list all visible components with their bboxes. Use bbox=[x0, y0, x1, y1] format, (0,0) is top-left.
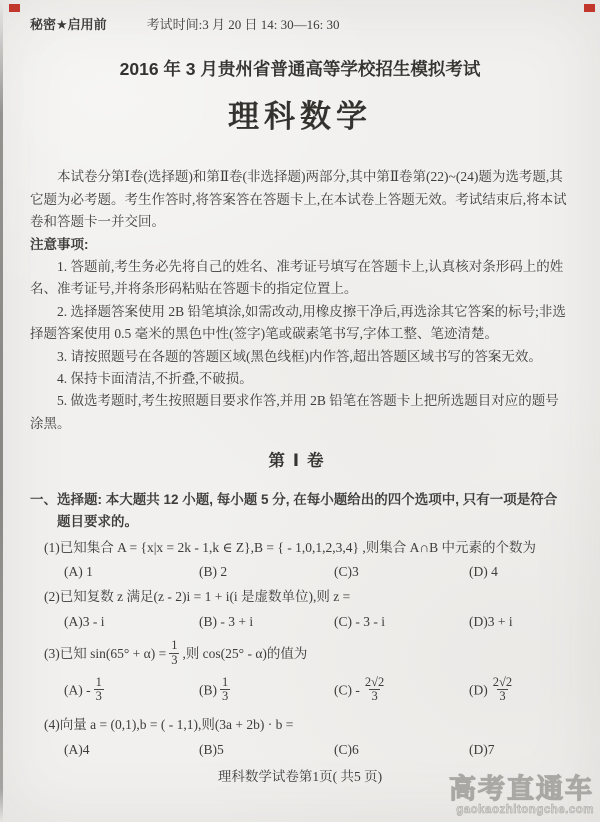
q2-option-c: (C) - 3 - i bbox=[334, 611, 469, 633]
secrecy-label: 秘密★启用前 bbox=[30, 14, 107, 36]
page-footer: 理科数学试卷第1页( 共5 页) bbox=[30, 766, 570, 788]
q4-option-d: (D)7 bbox=[469, 739, 495, 761]
page-header: 秘密★启用前 考试时间:3 月 20 日 14: 30—16: 30 bbox=[30, 14, 570, 36]
q3-option-b-fraction: 13 bbox=[220, 676, 230, 705]
note-item-4: 4. 保持卡面清洁,不折叠,不破损。 bbox=[30, 368, 570, 390]
exam-time-label: 考试时间:3 月 20 日 14: 30—16: 30 bbox=[147, 14, 340, 36]
note-item-5: 5. 做选考题时,考生按照题目要求作答,并用 2B 铅笔在答题卡上把所选题目对应… bbox=[30, 390, 570, 435]
q1-option-c: (C)3 bbox=[334, 561, 469, 583]
question-2-options: (A)3 - i (B) - 3 + i (C) - 3 - i (D)3 + … bbox=[30, 611, 570, 633]
q4-option-a: (A)4 bbox=[64, 739, 199, 761]
question-1-options: (A) 1 (B) 2 (C)3 (D) 4 bbox=[30, 561, 570, 583]
q3-stem-pre: (3)已知 sin(65° + α) = bbox=[44, 643, 166, 665]
red-corner-mark-left bbox=[9, 4, 20, 12]
q2-option-a: (A)3 - i bbox=[64, 611, 199, 633]
q3-option-b: (B)13 bbox=[199, 677, 334, 706]
q3-option-a: (A) -13 bbox=[64, 677, 199, 706]
q3-stem-post: ,则 cos(25° - α)的值为 bbox=[182, 643, 307, 665]
note-item-1: 1. 答题前,考生务必先将自己的姓名、准考证号填写在答题卡上,认真核对条形码上的… bbox=[30, 256, 570, 301]
section-1-title: 第Ⅰ卷 bbox=[30, 450, 570, 472]
q3-option-c: (C) -2√23 bbox=[334, 677, 469, 706]
q1-option-d: (D) 4 bbox=[469, 561, 498, 583]
question-3-options: (A) -13 (B)13 (C) -2√23 (D)2√23 bbox=[30, 677, 570, 706]
note-item-3: 3. 请按照题号在各题的答题区域(黑色线框)内作答,超出答题区域书写的答案无效。 bbox=[30, 346, 570, 368]
question-1-stem: (1)已知集合 A = {x|x = 2k - 1,k ∈ Z},B = { -… bbox=[30, 537, 570, 559]
q2-option-d: (D)3 + i bbox=[469, 611, 513, 633]
q4-option-b: (B)5 bbox=[199, 739, 334, 761]
q1-option-b: (B) 2 bbox=[199, 561, 334, 583]
question-2-stem: (2)已知复数 z 满足(z - 2)i = 1 + i(i 是虚数单位),则 … bbox=[30, 586, 570, 608]
choice-section-heading: 一、选择题: 本大题共 12 小题, 每小题 5 分, 在每小题给出的四个选项中… bbox=[30, 489, 570, 534]
q3-stem-fraction: 1 3 bbox=[169, 639, 179, 668]
q2-option-b: (B) - 3 + i bbox=[199, 611, 334, 633]
q1-option-a: (A) 1 bbox=[64, 561, 199, 583]
q3-option-d-fraction: 2√23 bbox=[491, 676, 514, 705]
intro-paragraph: 本试卷分第Ⅰ卷(选择题)和第Ⅱ卷(非选择题)两部分,其中第Ⅱ卷第(22)~(24… bbox=[30, 166, 570, 233]
notes-label: 注意事项: bbox=[30, 234, 570, 256]
page-content: 秘密★启用前 考试时间:3 月 20 日 14: 30—16: 30 2016 … bbox=[0, 0, 600, 788]
subject-title: 理科数学 bbox=[30, 98, 570, 136]
q3-option-a-fraction: 13 bbox=[94, 676, 104, 705]
question-3-stem: (3)已知 sin(65° + α) = 1 3 ,则 cos(25° - α)… bbox=[30, 640, 570, 669]
question-4-options: (A)4 (B)5 (C)6 (D)7 bbox=[30, 739, 570, 761]
q3-option-c-fraction: 2√23 bbox=[363, 676, 386, 705]
question-4-stem: (4)向量 a = (0,1),b = ( - 1,1),则(3a + 2b) … bbox=[30, 714, 570, 736]
red-corner-mark-right bbox=[584, 4, 595, 12]
watermark-url: gaokaozhitongche.com bbox=[449, 803, 594, 817]
exam-title: 2016 年 3 月贵州省普通高等学校招生模拟考试 bbox=[30, 58, 570, 80]
note-item-2: 2. 选择题答案使用 2B 铅笔填涂,如需改动,用橡皮擦干净后,再选涂其它答案的… bbox=[30, 301, 570, 346]
q3-option-d: (D)2√23 bbox=[469, 677, 517, 706]
scanned-exam-page: 秘密★启用前 考试时间:3 月 20 日 14: 30—16: 30 2016 … bbox=[0, 0, 600, 822]
q4-option-c: (C)6 bbox=[334, 739, 469, 761]
